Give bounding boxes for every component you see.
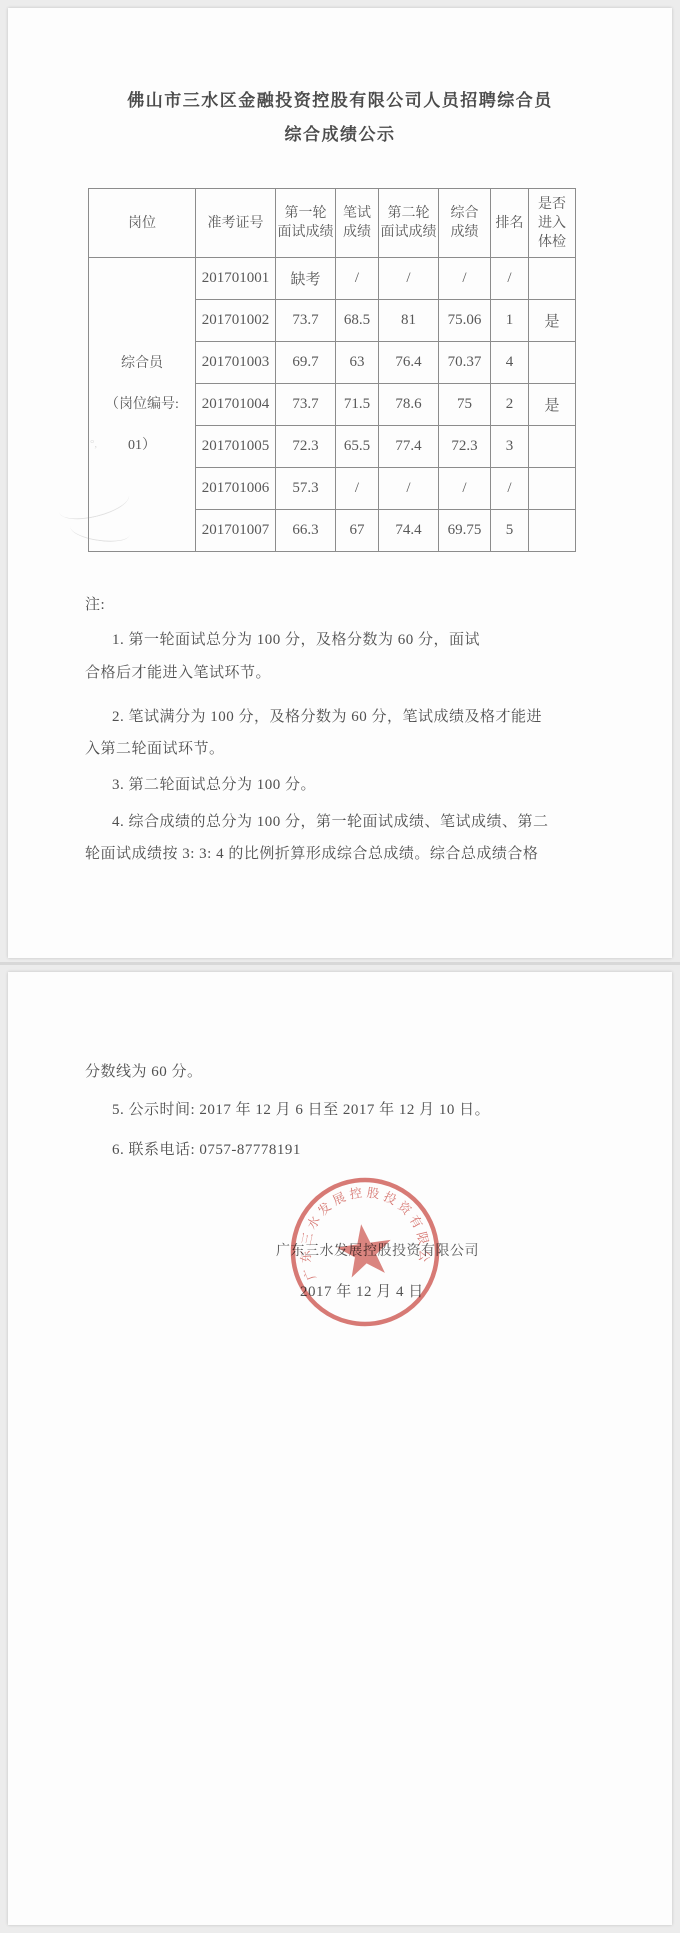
score-table: 岗位 准考证号 第一轮 面试成绩 笔试 成绩 第二轮 面试成绩 综合 成绩 排名… xyxy=(88,188,576,552)
table-cell: 78.6 xyxy=(379,384,439,426)
table-cell: 65.5 xyxy=(336,426,379,468)
page-1: 佛山市三水区金融投资控股有限公司人员招聘综合员 综合成绩公示 岗位 准考证号 第… xyxy=(8,8,672,958)
note-4-continued: 分数线为 60 分。 xyxy=(85,1060,203,1081)
table-cell: 68.5 xyxy=(336,300,379,342)
table-cell: 2 xyxy=(491,384,529,426)
table-cell: / xyxy=(439,468,491,510)
note-1-line-2: 合格后才能进入笔试环节。 xyxy=(85,661,271,682)
table-cell: 57.3 xyxy=(276,468,336,510)
header-position: 岗位 xyxy=(89,189,196,258)
note-3: 3. 第二轮面试总分为 100 分。 xyxy=(112,773,316,794)
table-cell: 69.7 xyxy=(276,342,336,384)
table-cell: 201701005 xyxy=(196,426,276,468)
table-cell: 81 xyxy=(379,300,439,342)
note-4-line-2: 轮面试成绩按 3: 3: 4 的比例折算形成综合总成绩。综合总成绩合格 xyxy=(85,842,538,863)
table-cell: 67 xyxy=(336,510,379,552)
header-ticket-number: 准考证号 xyxy=(196,189,276,258)
table-cell: / xyxy=(491,468,529,510)
note-2-line-1: 2. 笔试满分为 100 分，及格分数为 60 分，笔试成绩及格才能进 xyxy=(112,705,542,726)
table-cell: 75.06 xyxy=(439,300,491,342)
note-5: 5. 公示时间: 2017 年 12 月 6 日至 2017 年 12 月 10… xyxy=(112,1098,490,1119)
table-cell: 70.37 xyxy=(439,342,491,384)
scanned-document: { "document": { "title_line1": "佛山市三水区金融… xyxy=(0,0,680,1933)
table-cell: / xyxy=(336,258,379,300)
table-cell: 3 xyxy=(491,426,529,468)
table-cell: 72.3 xyxy=(276,426,336,468)
table-cell xyxy=(529,342,576,384)
company-seal-stamp: 广东三水发展控股投资有限公司 xyxy=(269,1156,461,1348)
header-first-interview: 第一轮 面试成绩 xyxy=(276,189,336,258)
table-cell: / xyxy=(336,468,379,510)
table-cell: 201701001 xyxy=(196,258,276,300)
header-overall-score: 综合 成绩 xyxy=(439,189,491,258)
notes-label: 注: xyxy=(85,593,105,614)
page-2: 分数线为 60 分。 5. 公示时间: 2017 年 12 月 6 日至 201… xyxy=(8,972,672,1925)
position-cell: 综合员 （岗位编号: 01） xyxy=(89,258,196,552)
header-physical-exam: 是否 进入 体检 xyxy=(529,189,576,258)
table-cell: 66.3 xyxy=(276,510,336,552)
table-cell: 75 xyxy=(439,384,491,426)
header-rank: 排名 xyxy=(491,189,529,258)
table-cell: / xyxy=(491,258,529,300)
table-cell: / xyxy=(439,258,491,300)
table-cell: 63 xyxy=(336,342,379,384)
table-cell: 69.75 xyxy=(439,510,491,552)
table-cell: 201701007 xyxy=(196,510,276,552)
table-cell: 是 xyxy=(529,384,576,426)
table-cell: 是 xyxy=(529,300,576,342)
note-1-line-1: 1. 第一轮面试总分为 100 分，及格分数为 60 分，面试 xyxy=(112,628,480,649)
table-cell: 201701006 xyxy=(196,468,276,510)
note-4-line-1: 4. 综合成绩的总分为 100 分，第一轮面试成绩、笔试成绩、第二 xyxy=(112,810,549,831)
table-cell: 1 xyxy=(491,300,529,342)
page-divider xyxy=(0,962,680,965)
table-cell: 201701004 xyxy=(196,384,276,426)
document-title-line-1: 佛山市三水区金融投资控股有限公司人员招聘综合员 xyxy=(8,86,672,111)
table-cell xyxy=(529,510,576,552)
table-cell: 4 xyxy=(491,342,529,384)
note-6: 6. 联系电话: 0757-87778191 xyxy=(112,1138,301,1159)
table-cell: / xyxy=(379,468,439,510)
table-cell: 201701003 xyxy=(196,342,276,384)
table-cell: 73.7 xyxy=(276,384,336,426)
table-cell xyxy=(529,468,576,510)
table-cell xyxy=(529,258,576,300)
table-cell xyxy=(529,426,576,468)
table-cell: 5 xyxy=(491,510,529,552)
document-title-line-2: 综合成绩公示 xyxy=(8,120,672,145)
note-2-line-2: 入第二轮面试环节。 xyxy=(85,737,225,758)
header-second-interview: 第二轮 面试成绩 xyxy=(379,189,439,258)
table-cell: 74.4 xyxy=(379,510,439,552)
table-cell: / xyxy=(379,258,439,300)
header-written-score: 笔试 成绩 xyxy=(336,189,379,258)
table-cell: 77.4 xyxy=(379,426,439,468)
table-cell: 201701002 xyxy=(196,300,276,342)
table-cell: 缺考 xyxy=(276,258,336,300)
table-cell: 76.4 xyxy=(379,342,439,384)
table-header-row: 岗位 准考证号 第一轮 面试成绩 笔试 成绩 第二轮 面试成绩 综合 成绩 排名… xyxy=(89,189,576,258)
table-row: 综合员 （岗位编号: 01） 201701001 缺考 / / / / xyxy=(89,258,576,300)
table-cell: 71.5 xyxy=(336,384,379,426)
stamp-star-icon xyxy=(334,1221,395,1279)
table-cell: 73.7 xyxy=(276,300,336,342)
table-cell: 72.3 xyxy=(439,426,491,468)
